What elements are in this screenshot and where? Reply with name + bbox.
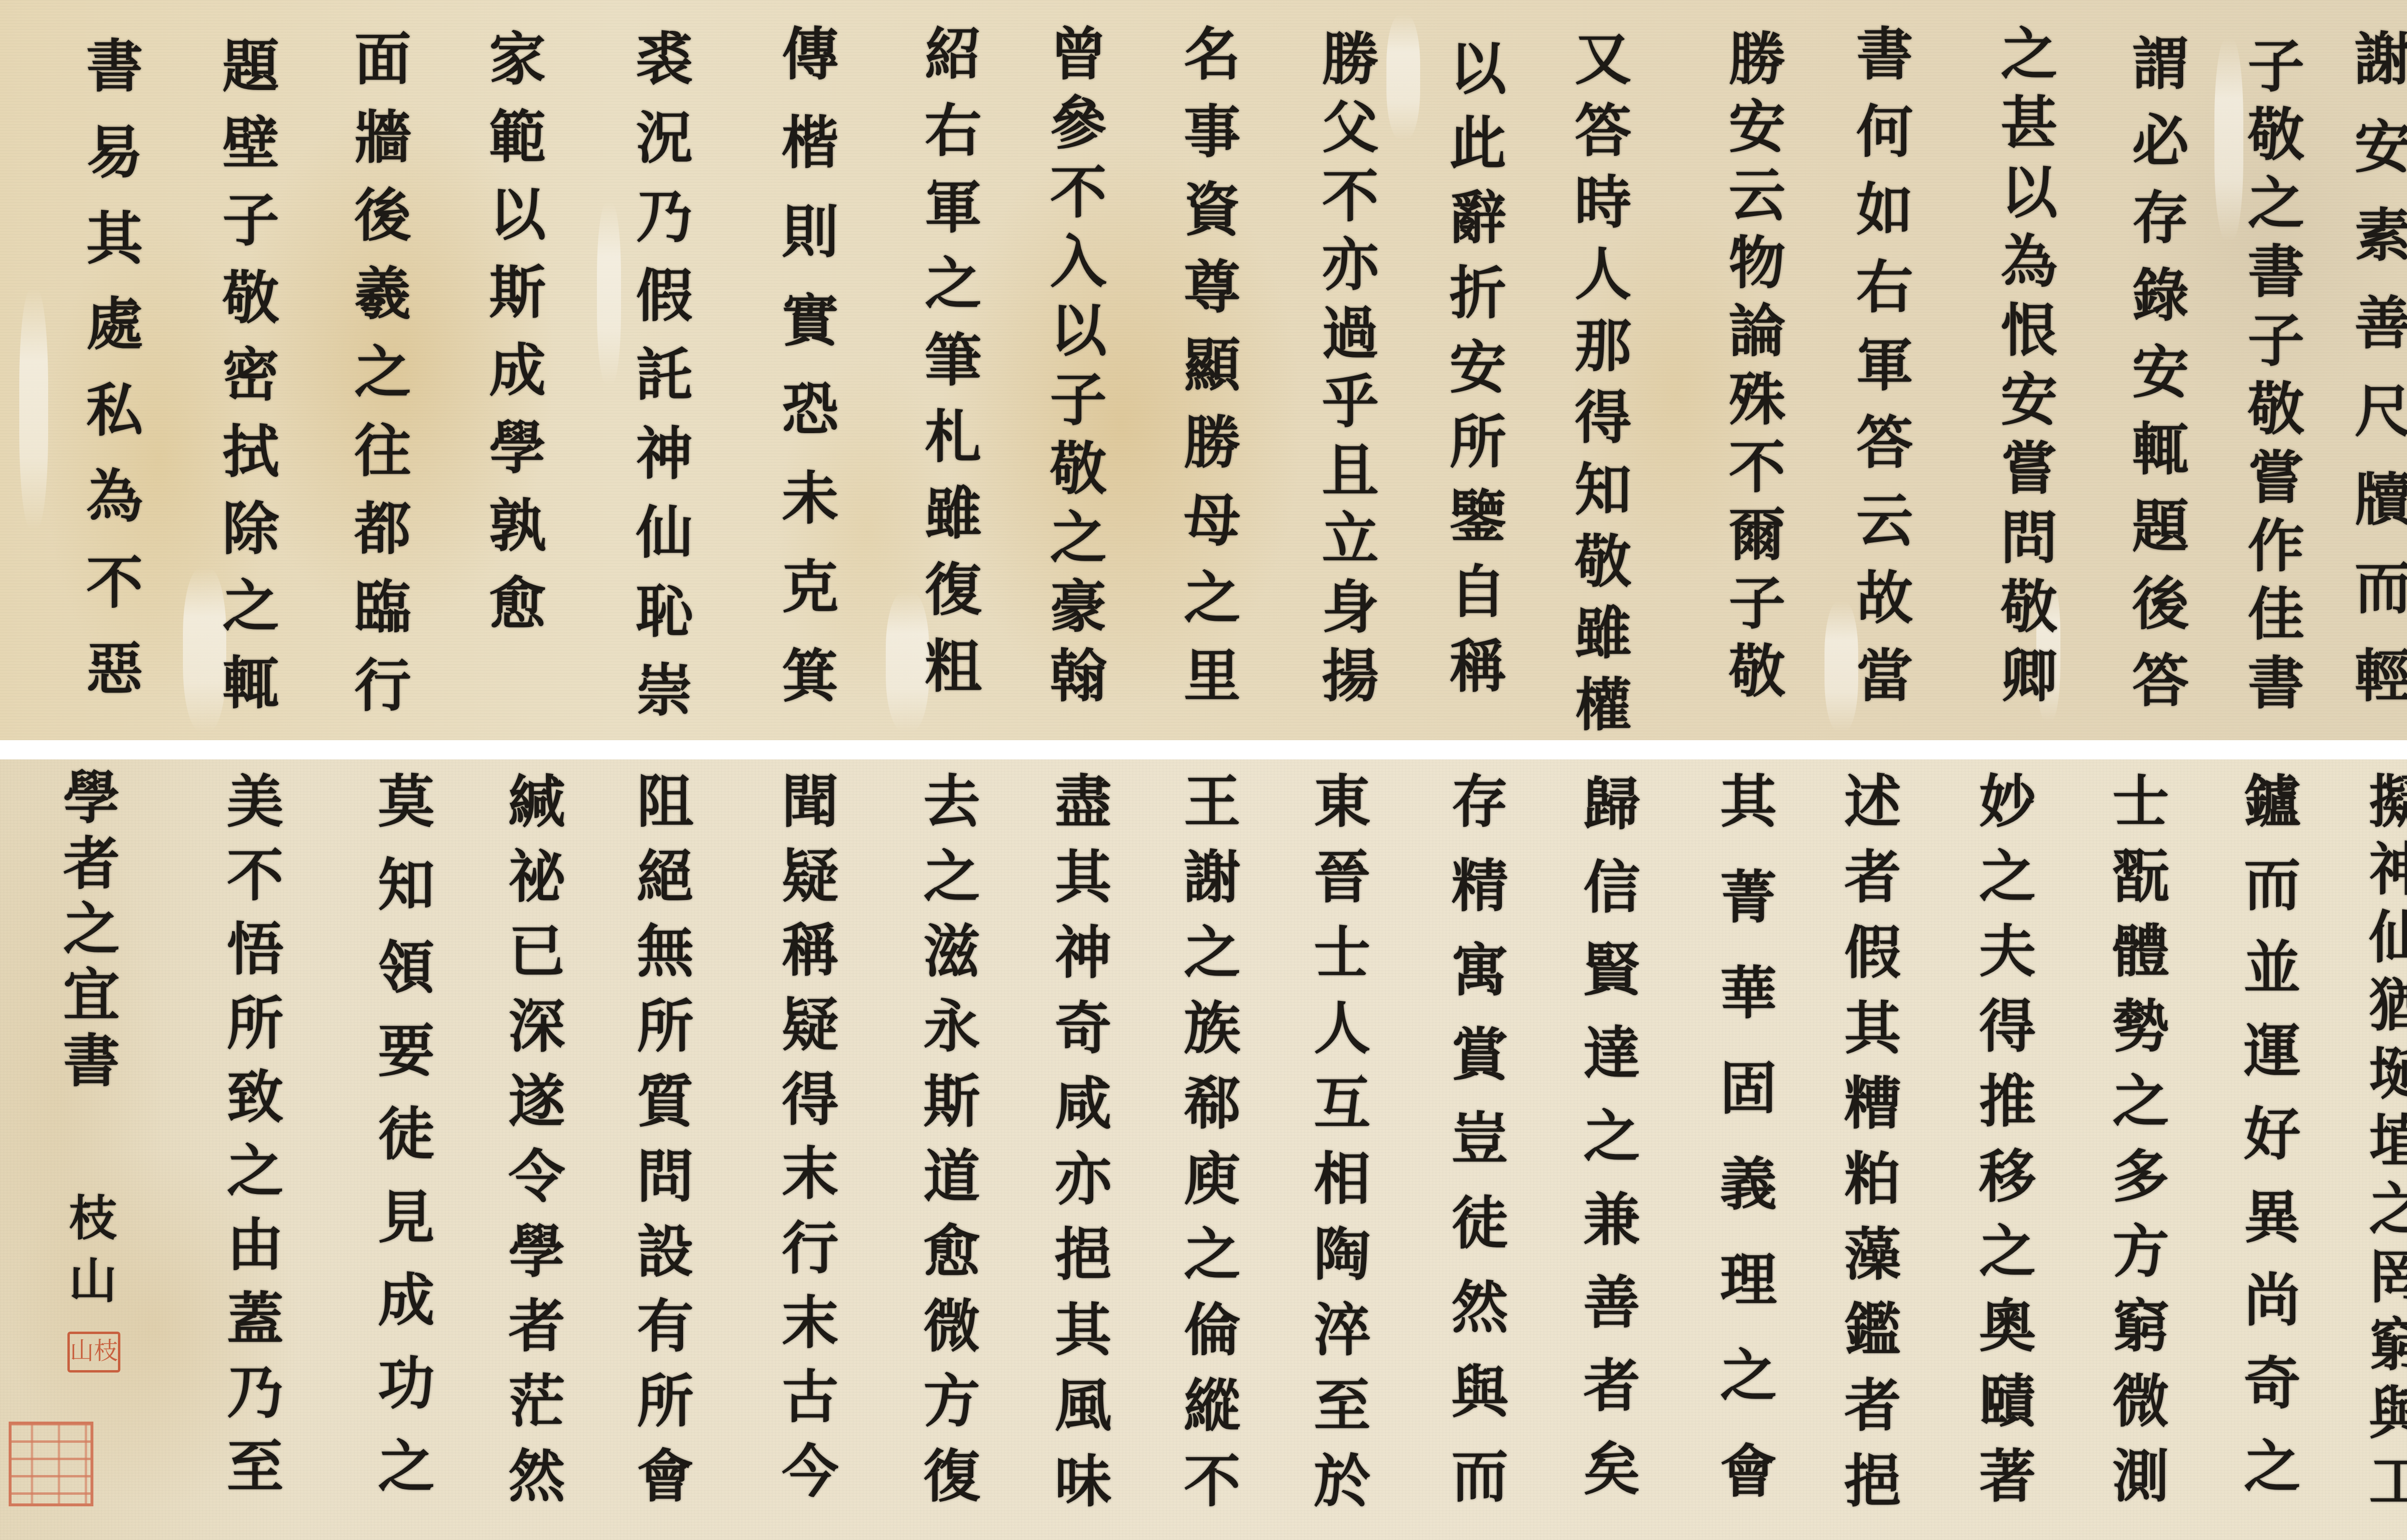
calligraphy-column: 裘況乃假託神仙恥崇 [623, 29, 696, 717]
calligraphy-column: 子敬之書子敬嘗作佳書 [2235, 36, 2307, 710]
calligraphy-column: 美不悟所致之由蓋乃至 [214, 771, 286, 1493]
calligraphy-column: 家範以斯成學孰愈 [477, 29, 549, 630]
calligraphy-column: 謂必存錄安輒題後答 [2120, 34, 2192, 707]
artist-signature: 枝山 [53, 1193, 125, 1303]
calligraphy-column: 以此辭折安所鑒自稱 [1437, 38, 1509, 693]
calligraphy-column: 謝安素善尺牘而輕 [2342, 29, 2407, 703]
calligraphy-column: 名事資尊顯勝母之里 [1171, 24, 1243, 703]
calligraphy-column: 士翫體勢之多方窮微測 [2100, 771, 2172, 1503]
calligraphy-column: 書何如右軍答云故當 [1844, 24, 1916, 703]
calligraphy-column: 勝父不亦過乎且立身揚 [1309, 29, 1382, 703]
calligraphy-column: 學者之宜書 [51, 768, 123, 1088]
scroll-panel-upper: 謝安素善尺牘而輕 子敬之書子敬嘗作佳書 謂必存錄安輒題後答 之甚以為恨安嘗問敬卿… [0, 0, 2407, 740]
calligraphy-column: 東晉士人互相陶淬至於 [1301, 771, 1373, 1508]
silk-flaking [597, 202, 621, 385]
collector-seal-lower-left [9, 1422, 93, 1506]
calligraphy-column: 又答時人那得知敬雖權 [1562, 29, 1634, 731]
silk-flaking [19, 289, 48, 529]
calligraphy-column: 傳楷則實恐未克箕 [769, 24, 841, 703]
calligraphy-column: 其菁華固義理之會 [1708, 771, 1780, 1498]
calligraphy-column: 阻絕無所質問設有所會 [624, 771, 697, 1503]
calligraphy-column: 勝安云物論殊不爾子敬 [1716, 29, 1788, 698]
calligraphy-column: 去之滋永斯道愈微方復 [911, 771, 983, 1503]
calligraphy-column: 紹右軍之筆札雖復粗 [912, 24, 984, 693]
calligraphy-column: 面牆後羲之往都臨行 [342, 29, 414, 712]
calligraphy-column: 述者假其糟粕藻鑑者挹 [1832, 771, 1904, 1508]
calligraphy-column: 盡其神奇咸亦挹其風味 [1042, 771, 1114, 1508]
calligraphy-column: 歸信賢達之兼善者矣 [1571, 774, 1643, 1496]
calligraphy-column: 擬神仙猶埏埴之罔窮與工 [2356, 771, 2407, 1508]
calligraphy-column: 題壁子敬密拭除之輒 [210, 36, 282, 710]
scroll-panel-lower: 擬神仙猶埏埴之罔窮與工 鑪而並運好異尚奇之 士翫體勢之多方窮微測 妙之夫得推移之… [0, 759, 2407, 1540]
silk-flaking [1386, 14, 1420, 140]
calligraphy-column: 妙之夫得推移之奧賾著 [1967, 771, 2039, 1503]
calligraphy-column: 莫知領要徒見成功之 [365, 771, 438, 1493]
artist-seal: 枝山 [67, 1332, 120, 1373]
calligraphy-column: 之甚以為恨安嘗問敬卿 [1988, 24, 2060, 703]
calligraphy-column: 鑪而並運好異尚奇之 [2231, 771, 2303, 1493]
calligraphy-column: 王謝之族郗庾之倫縱不 [1171, 771, 1243, 1508]
calligraphy-column: 存精寓賞豈徒然與而 [1439, 771, 1511, 1503]
calligraphy-column: 書易其處私為不惡 [74, 36, 146, 695]
calligraphy-column: 聞疑稱疑得末行末古今 [769, 771, 841, 1498]
calligraphy-column: 緘祕已深遂令學者茫然 [496, 771, 568, 1503]
calligraphy-column: 曾參不入以子敬之豪翰 [1037, 24, 1110, 703]
calligraphy-scroll: 謝安素善尺牘而輕 子敬之書子敬嘗作佳書 謂必存錄安輒題後答 之甚以為恨安嘗問敬卿… [0, 0, 2407, 1540]
